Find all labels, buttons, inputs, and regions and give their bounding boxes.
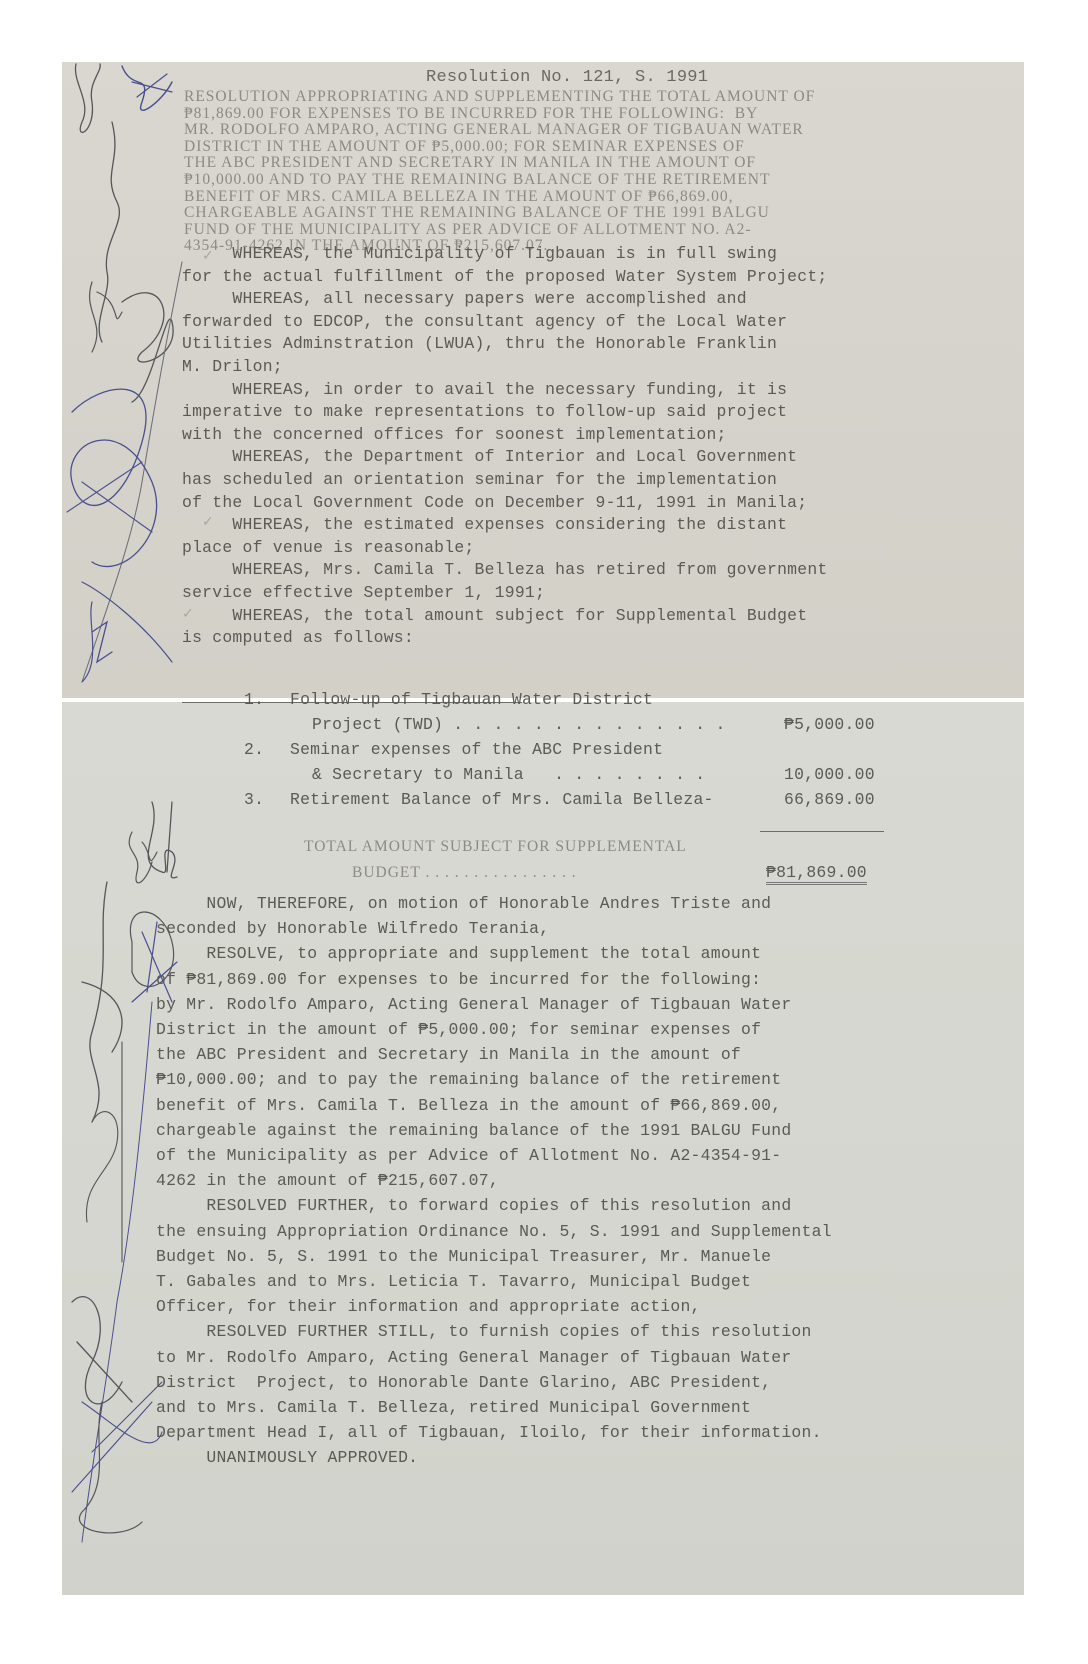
body-line: and to Mrs. Camila T. Belleza, retired M… (156, 1398, 751, 1417)
whereas-line: for the actual fulfillment of the propos… (182, 267, 828, 286)
body-line: T. Gabales and to Mrs. Leticia T. Tavarr… (156, 1272, 751, 1291)
item-description: Seminar expenses of the ABC President (290, 740, 663, 759)
body-line: of the Municipality as per Advice of All… (156, 1146, 781, 1165)
body-line: benefit of Mrs. Camila T. Belleza in the… (156, 1096, 781, 1115)
whereas-line: WHEREAS, the Municipality of Tigbauan is… (182, 244, 777, 263)
whereas-line: WHEREAS, all necessary papers were accom… (182, 289, 747, 308)
body-line: chargeable against the remaining balance… (156, 1121, 791, 1140)
item-amount: 66,869.00 (784, 790, 875, 809)
whereas-line: with the concerned offices for soonest i… (182, 425, 727, 444)
heading-line: ₱10,000.00 AND TO PAY THE REMAINING BALA… (184, 171, 770, 189)
heading-line: DISTRICT IN THE AMOUNT OF ₱5,000.00; FOR… (184, 138, 745, 156)
item-number: 2. (244, 740, 264, 759)
whereas-line: has scheduled an orientation seminar for… (182, 470, 777, 489)
item-description-cont: Project (TWD) . . . . . . . . . . . . . … (312, 715, 726, 734)
check-mark-icon: ✓ (182, 606, 194, 622)
total-label-line1: TOTAL AMOUNT SUBJECT FOR SUPPLEMENTAL (304, 838, 687, 856)
whereas-line: imperative to make representations to fo… (182, 402, 787, 421)
whereas-line: service effective September 1, 1991; (182, 583, 545, 602)
whereas-line: Utilities Adminstration (LWUA), thru the… (182, 334, 777, 353)
body-line: ₱10,000.00; and to pay the remaining bal… (156, 1070, 781, 1089)
whereas-line: WHEREAS, the Department of Interior and … (182, 447, 797, 466)
whereas-line: forwarded to EDCOP, the consultant agenc… (182, 312, 787, 331)
body-line: of ₱81,869.00 for expenses to be incurre… (156, 970, 761, 989)
item-amount: 10,000.00 (784, 765, 875, 784)
heading-line: BENEFIT OF MRS. CAMILA BELLEZA IN THE AM… (184, 188, 733, 206)
body-line: UNANIMOUSLY APPROVED. (156, 1448, 418, 1467)
whereas-line: WHEREAS, in order to avail the necessary… (182, 380, 787, 399)
item-description-cont: & Secretary to Manila . . . . . . . . (312, 765, 705, 784)
body-line: RESOLVE, to appropriate and supplement t… (156, 944, 761, 963)
whereas-line: WHEREAS, the total amount subject for Su… (182, 606, 807, 625)
body-line: seconded by Honorable Wilfredo Terania, (156, 919, 549, 938)
item-amount: ₱5,000.00 (784, 715, 875, 734)
heading-line: FUND OF THE MUNICIPALITY AS PER ADVICE O… (184, 221, 752, 239)
subtotal-rule (760, 831, 884, 832)
check-mark-icon: ✓ (202, 248, 214, 264)
check-mark-icon: ✓ (202, 514, 214, 530)
body-line: the ABC President and Secretary in Manil… (156, 1045, 741, 1064)
whereas-line: is computed as follows: (182, 628, 414, 647)
margin-signatures-top-icon (62, 62, 192, 698)
whereas-line: place of venue is reasonable; (182, 538, 475, 557)
whereas-line: of the Local Government Code on December… (182, 493, 807, 512)
body-line: RESOLVED FURTHER STILL, to furnish copie… (156, 1322, 812, 1341)
total-amount: ₱81,869.00 (766, 863, 867, 885)
document-page-top: Resolution No. 121, S. 1991 RESOLUTION A… (62, 62, 1024, 698)
whereas-line: WHEREAS, Mrs. Camila T. Belleza has reti… (182, 560, 828, 579)
item-number: 1. (244, 690, 264, 709)
body-line: the ensuing Appropriation Ordinance No. … (156, 1222, 832, 1241)
body-line: Officer, for their information and appro… (156, 1297, 701, 1316)
body-line: by Mr. Rodolfo Amparo, Acting General Ma… (156, 995, 791, 1014)
total-label-text: BUDGET . . . . . . . . . . . . . . . . (352, 864, 577, 881)
document-page-bottom: 1.Follow-up of Tigbauan Water DistrictPr… (62, 702, 1024, 1595)
heading-line: CHARGEABLE AGAINST THE REMAINING BALANCE… (184, 204, 770, 222)
item-description: Retirement Balance of Mrs. Camila Bellez… (290, 790, 714, 809)
total-label-line2: BUDGET . . . . . . . . . . . . . . . . (352, 863, 577, 882)
body-line: NOW, THEREFORE, on motion of Honorable A… (156, 894, 771, 913)
body-line: RESOLVED FURTHER, to forward copies of t… (156, 1196, 791, 1215)
whereas-line: M. Drilon; (182, 357, 283, 376)
item-number: 3. (244, 790, 264, 809)
body-line: District in the amount of ₱5,000.00; for… (156, 1020, 761, 1039)
heading-line: THE ABC PRESIDENT AND SECRETARY IN MANIL… (184, 154, 756, 172)
heading-line: MR. RODOLFO AMPARO, ACTING GENERAL MANAG… (184, 121, 804, 139)
heading-line: RESOLUTION APPROPRIATING AND SUPPLEMENTI… (184, 88, 815, 106)
heading-line: ₱81,869.00 FOR EXPENSES TO BE INCURRED F… (184, 105, 758, 123)
body-line: Budget No. 5, S. 1991 to the Municipal T… (156, 1247, 771, 1266)
resolution-title: Resolution No. 121, S. 1991 (426, 68, 708, 87)
body-line: 4262 in the amount of ₱215,607.07, (156, 1171, 499, 1190)
item-description: Follow-up of Tigbauan Water District (290, 690, 653, 709)
whereas-line: WHEREAS, the estimated expenses consider… (182, 515, 787, 534)
body-line: Department Head I, all of Tigbauan, Iloi… (156, 1423, 822, 1442)
body-line: to Mr. Rodolfo Amparo, Acting General Ma… (156, 1348, 791, 1367)
body-line: District Project, to Honorable Dante Gla… (156, 1373, 771, 1392)
